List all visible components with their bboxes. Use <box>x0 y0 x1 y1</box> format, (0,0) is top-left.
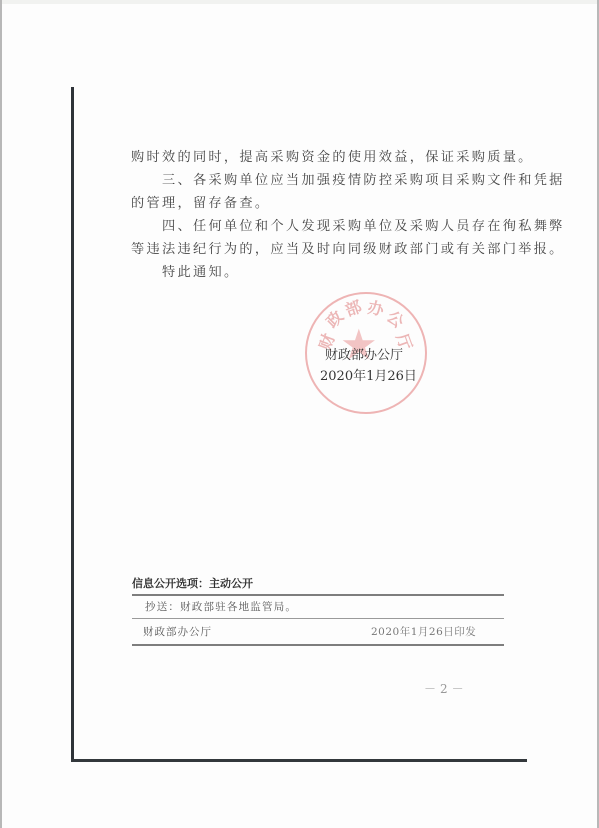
disclosure-option: 信息公开选项：主动公开 <box>132 575 253 591</box>
signature-block: 财政部办公厅 2020年1月26日 <box>325 345 417 387</box>
body-line: 三、各采购单位应当加强疫情防控采购项目采购文件和凭据 <box>131 169 476 192</box>
body-line: 四、任何单位和个人发现采购单位及采购人员存在徇私舞弊 <box>131 215 476 238</box>
body-line: 等违法违纪行为的，应当及时向同级财政部门或有关部门举报。 <box>131 238 476 261</box>
scan-edge-bottom <box>71 759 527 762</box>
footer-issue-date: 2020年1月26日印发 <box>371 624 476 639</box>
document-body: 购时效的同时，提高采购资金的使用效益，保证采购质量。 三、各采购单位应当加强疫情… <box>131 146 476 284</box>
footer-issuer: 财政部办公厅 <box>143 624 212 639</box>
footer-rule <box>132 644 504 646</box>
body-line: 的管理，留存备查。 <box>131 192 476 215</box>
page-number: －2－ <box>424 680 468 697</box>
scan-edge-left <box>71 87 74 762</box>
signature-issuer: 财政部办公厅 <box>325 345 417 366</box>
body-line: 购时效的同时，提高采购资金的使用效益，保证采购质量。 <box>131 146 476 169</box>
footer-rule <box>132 594 504 596</box>
page-border-left <box>0 0 2 828</box>
top-edge <box>2 0 597 4</box>
cc-line: 抄送：财政部驻各地监管局。 <box>145 599 297 614</box>
footer-rule <box>132 618 504 619</box>
signature-date: 2020年1月26日 <box>320 366 417 387</box>
body-line: 特此通知。 <box>131 261 476 284</box>
